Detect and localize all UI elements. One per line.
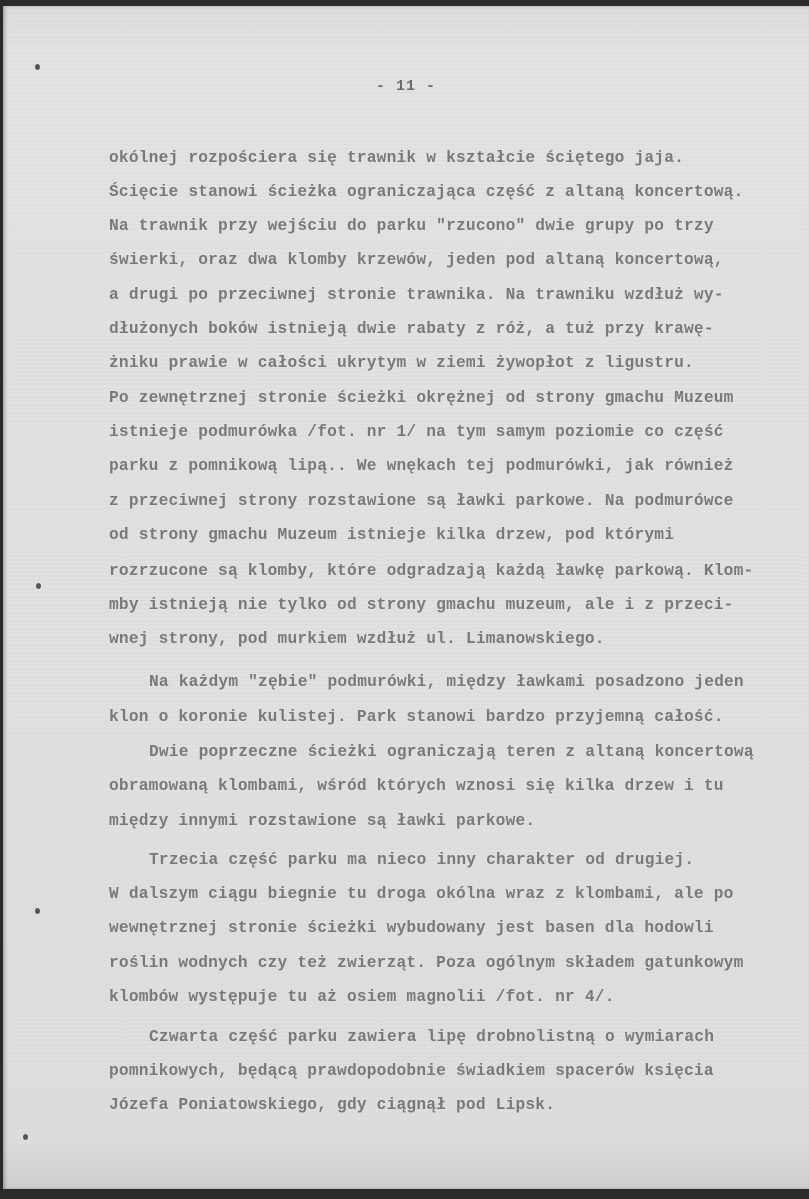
- text-line: Ścięcie stanowi ścieżka ograniczająca cz…: [109, 183, 744, 201]
- text-line: klombów występuje tu aż osiem magnolii /…: [109, 988, 615, 1006]
- paragraph-start-line: Dwie poprzeczne ścieżki ograniczają tere…: [149, 743, 754, 761]
- text-line: roślin wodnych czy też zwierząt. Poza og…: [109, 954, 744, 972]
- typewritten-page: - 11 - okólnej rozpościera się trawnik w…: [3, 6, 809, 1189]
- text-line: Na trawnik przy wejściu do parku "rzucon…: [109, 217, 714, 235]
- text-line: klon o koronie kulistej. Park stanowi ba…: [109, 708, 724, 726]
- text-line: wewnętrznej stronie ścieżki wybudowany j…: [109, 919, 714, 937]
- text-line: między innymi rozstawione są ławki parko…: [109, 812, 535, 830]
- paragraph-start-line: Czwarta część parku zawiera lipę drobnol…: [149, 1028, 714, 1046]
- text-line: a drugi po przeciwnej stronie trawnika. …: [109, 286, 724, 304]
- text-line: żniku prawie w całości ukrytym w ziemi ż…: [109, 354, 694, 372]
- paragraph-start-line: Na każdym "zębie" podmurówki, między ław…: [149, 673, 744, 691]
- scanned-page-background: - 11 - okólnej rozpościera się trawnik w…: [0, 0, 809, 1199]
- text-line: mby istnieją nie tylko od strony gmachu …: [109, 596, 734, 614]
- paragraph-start-line: Trzecia część parku ma nieco inny charak…: [149, 851, 694, 869]
- text-line: okólnej rozpościera się trawnik w kształ…: [109, 149, 684, 167]
- text-line: parku z pomnikową lipą.. We wnękach tej …: [109, 457, 734, 475]
- text-line: pomnikowych, będącą prawdopodobnie świad…: [109, 1062, 714, 1080]
- text-line: Józefa Poniatowskiego, gdy ciągnął pod L…: [109, 1096, 555, 1114]
- text-line: istnieje podmurówka /fot. nr 1/ na tym s…: [109, 423, 724, 441]
- text-line: W dalszym ciągu biegnie tu droga okólna …: [109, 885, 734, 903]
- text-line: Po zewnętrznej stronie ścieżki okrężnej …: [109, 389, 734, 407]
- text-line: świerki, oraz dwa klomby krzewów, jeden …: [109, 251, 724, 269]
- text-line: od strony gmachu Muzeum istnieje kilka d…: [109, 526, 674, 544]
- page-number: - 11 -: [3, 78, 809, 95]
- text-line: dłużonych boków istnieją dwie rabaty z r…: [109, 320, 714, 338]
- binding-hole-mark: [23, 1134, 28, 1140]
- text-line: wnej strony, pod murkiem wzdłuż ul. Lima…: [109, 630, 605, 648]
- binding-hole-mark: [35, 64, 40, 70]
- binding-hole-mark: [35, 908, 40, 914]
- text-line: z przeciwnej strony rozstawione są ławki…: [109, 492, 734, 510]
- text-line: obramowaną klombami, wśród których wznos…: [109, 777, 724, 795]
- text-line: rozrzucone są klomby, które odgradzają k…: [109, 562, 753, 580]
- binding-hole-mark: [36, 583, 41, 589]
